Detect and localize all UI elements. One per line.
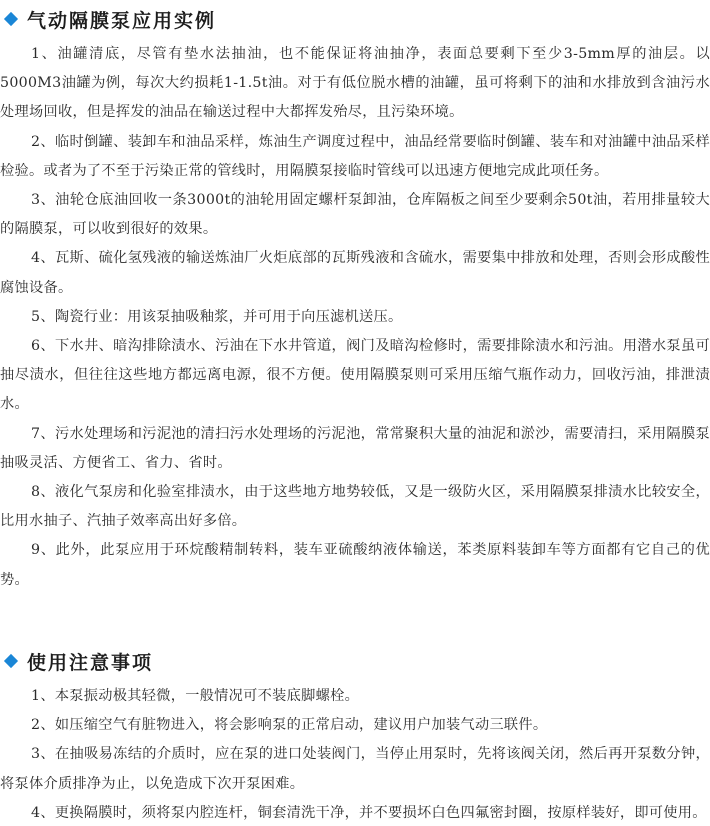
section-heading: 气动隔膜泵应用实例	[0, 4, 710, 34]
paragraph: 1、油罐清底，尽管有垫水法抽油，也不能保证将油抽净，表面总要剩下至少3-5mm厚…	[0, 40, 710, 128]
section-title: 使用注意事项	[27, 648, 153, 675]
paragraph: 9、此外，此泵应用于环烷酸精制转料，装车亚硫酸纳液体输送，苯类原料装卸车等方面都…	[0, 536, 710, 594]
section-precautions: 使用注意事项 1、本泵振动极其轻微，一般情况可不装底脚螺栓。 2、如压缩空气有脏…	[0, 646, 710, 826]
paragraph: 6、下水井、暗沟排除渍水、污油在下水井管道，阀门及暗沟检修时，需要排除渍水和污油…	[0, 332, 710, 420]
paragraph-list: 1、油罐清底，尽管有垫水法抽油，也不能保证将油抽净，表面总要剩下至少3-5mm厚…	[0, 40, 710, 595]
paragraph: 3、油轮仓底油回收一条3000t的油轮用固定螺杆泵卸油，仓库隔板之间至少要剩余5…	[0, 186, 710, 244]
diamond-bullet-icon	[4, 654, 18, 668]
paragraph: 8、液化气泵房和化验室排渍水，由于这些地方地势较低，又是一级防火区，采用隔膜泵排…	[0, 478, 710, 536]
paragraph: 5、陶瓷行业：用该泵抽吸釉浆，并可用于向压滤机送压。	[0, 303, 710, 332]
section-applications: 气动隔膜泵应用实例 1、油罐清底，尽管有垫水法抽油，也不能保证将油抽净，表面总要…	[0, 4, 710, 595]
section-title: 气动隔膜泵应用实例	[27, 6, 216, 33]
paragraph: 4、瓦斯、硫化氢残液的输送炼油厂火炬底部的瓦斯残液和含硫水，需要集中排放和处理，…	[0, 244, 710, 302]
paragraph-list: 1、本泵振动极其轻微，一般情况可不装底脚螺栓。 2、如压缩空气有脏物进入，将会影…	[0, 682, 710, 826]
paragraph: 4、更换隔膜时，须将泵内腔连杆，铜套清洗干净，并不要损坏白色四氟密封圈，按原样装…	[0, 799, 710, 826]
section-heading: 使用注意事项	[0, 646, 710, 676]
paragraph: 3、在抽吸易冻结的介质时，应在泵的进口处装阀门，当停止用泵时，先将该阀关闭，然后…	[0, 740, 710, 798]
paragraph: 7、污水处理场和污泥池的清扫污水处理场的污泥池，常常聚积大量的油泥和淤沙，需要清…	[0, 420, 710, 478]
paragraph: 2、临时倒罐、装卸车和油品采样，炼油生产调度过程中，油品经常要临时倒罐、装车和对…	[0, 128, 710, 186]
diamond-bullet-icon	[4, 12, 18, 26]
paragraph: 2、如压缩空气有脏物进入，将会影响泵的正常启动，建议用户加装气动三联件。	[0, 711, 710, 740]
paragraph: 1、本泵振动极其轻微，一般情况可不装底脚螺栓。	[0, 682, 710, 711]
